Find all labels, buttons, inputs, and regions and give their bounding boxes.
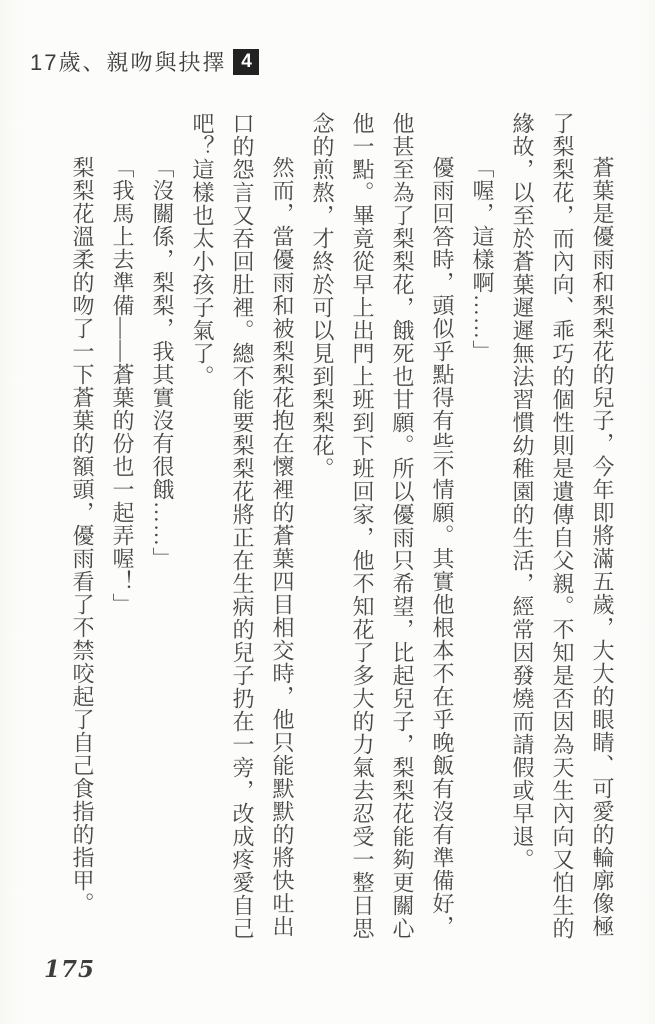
paragraph-dialogue-3: 「我馬上去準備——蒼葉的份也一起弄喔！」 [102,112,142,944]
series-title: 17歲、親吻與抉擇 [30,46,226,77]
paragraph-dialogue-1: 「喔，這樣啊……」 [462,112,502,944]
paragraph-dialogue-2: 「沒關係，梨梨，我其實沒有很餓……」 [142,112,182,944]
page-number: 175 [44,956,95,983]
paragraph-narration-2: 優雨回答時，頭似乎點得有些不情願。其實他根本不在乎晚飯有沒有準備好，他甚至為了梨… [302,112,462,944]
paragraph-narration-1: 蒼葉是優雨和梨梨花的兒子，今年即將滿五歲，大大的眼睛、可愛的輪廓像極了梨梨花，而… [502,112,622,944]
book-page: 17歲、親吻與抉擇 4 蒼葉是優雨和梨梨花的兒子，今年即將滿五歲，大大的眼睛、可… [0,0,655,1024]
paragraph-narration-3: 然而，當優雨和被梨梨花抱在懷裡的蒼葉四目相交時，他只能默默的將快吐出口的怨言又吞… [182,112,302,944]
volume-number-badge: 4 [233,49,259,75]
vertical-text-block: 蒼葉是優雨和梨梨花的兒子，今年即將滿五歲，大大的眼睛、可愛的輪廓像極了梨梨花，而… [62,112,622,944]
page-header: 17歲、親吻與抉擇 4 [30,46,259,77]
paragraph-narration-4: 梨梨花溫柔的吻了一下蒼葉的額頭，優雨看了不禁咬起了自己食指的指甲。 [62,112,102,944]
